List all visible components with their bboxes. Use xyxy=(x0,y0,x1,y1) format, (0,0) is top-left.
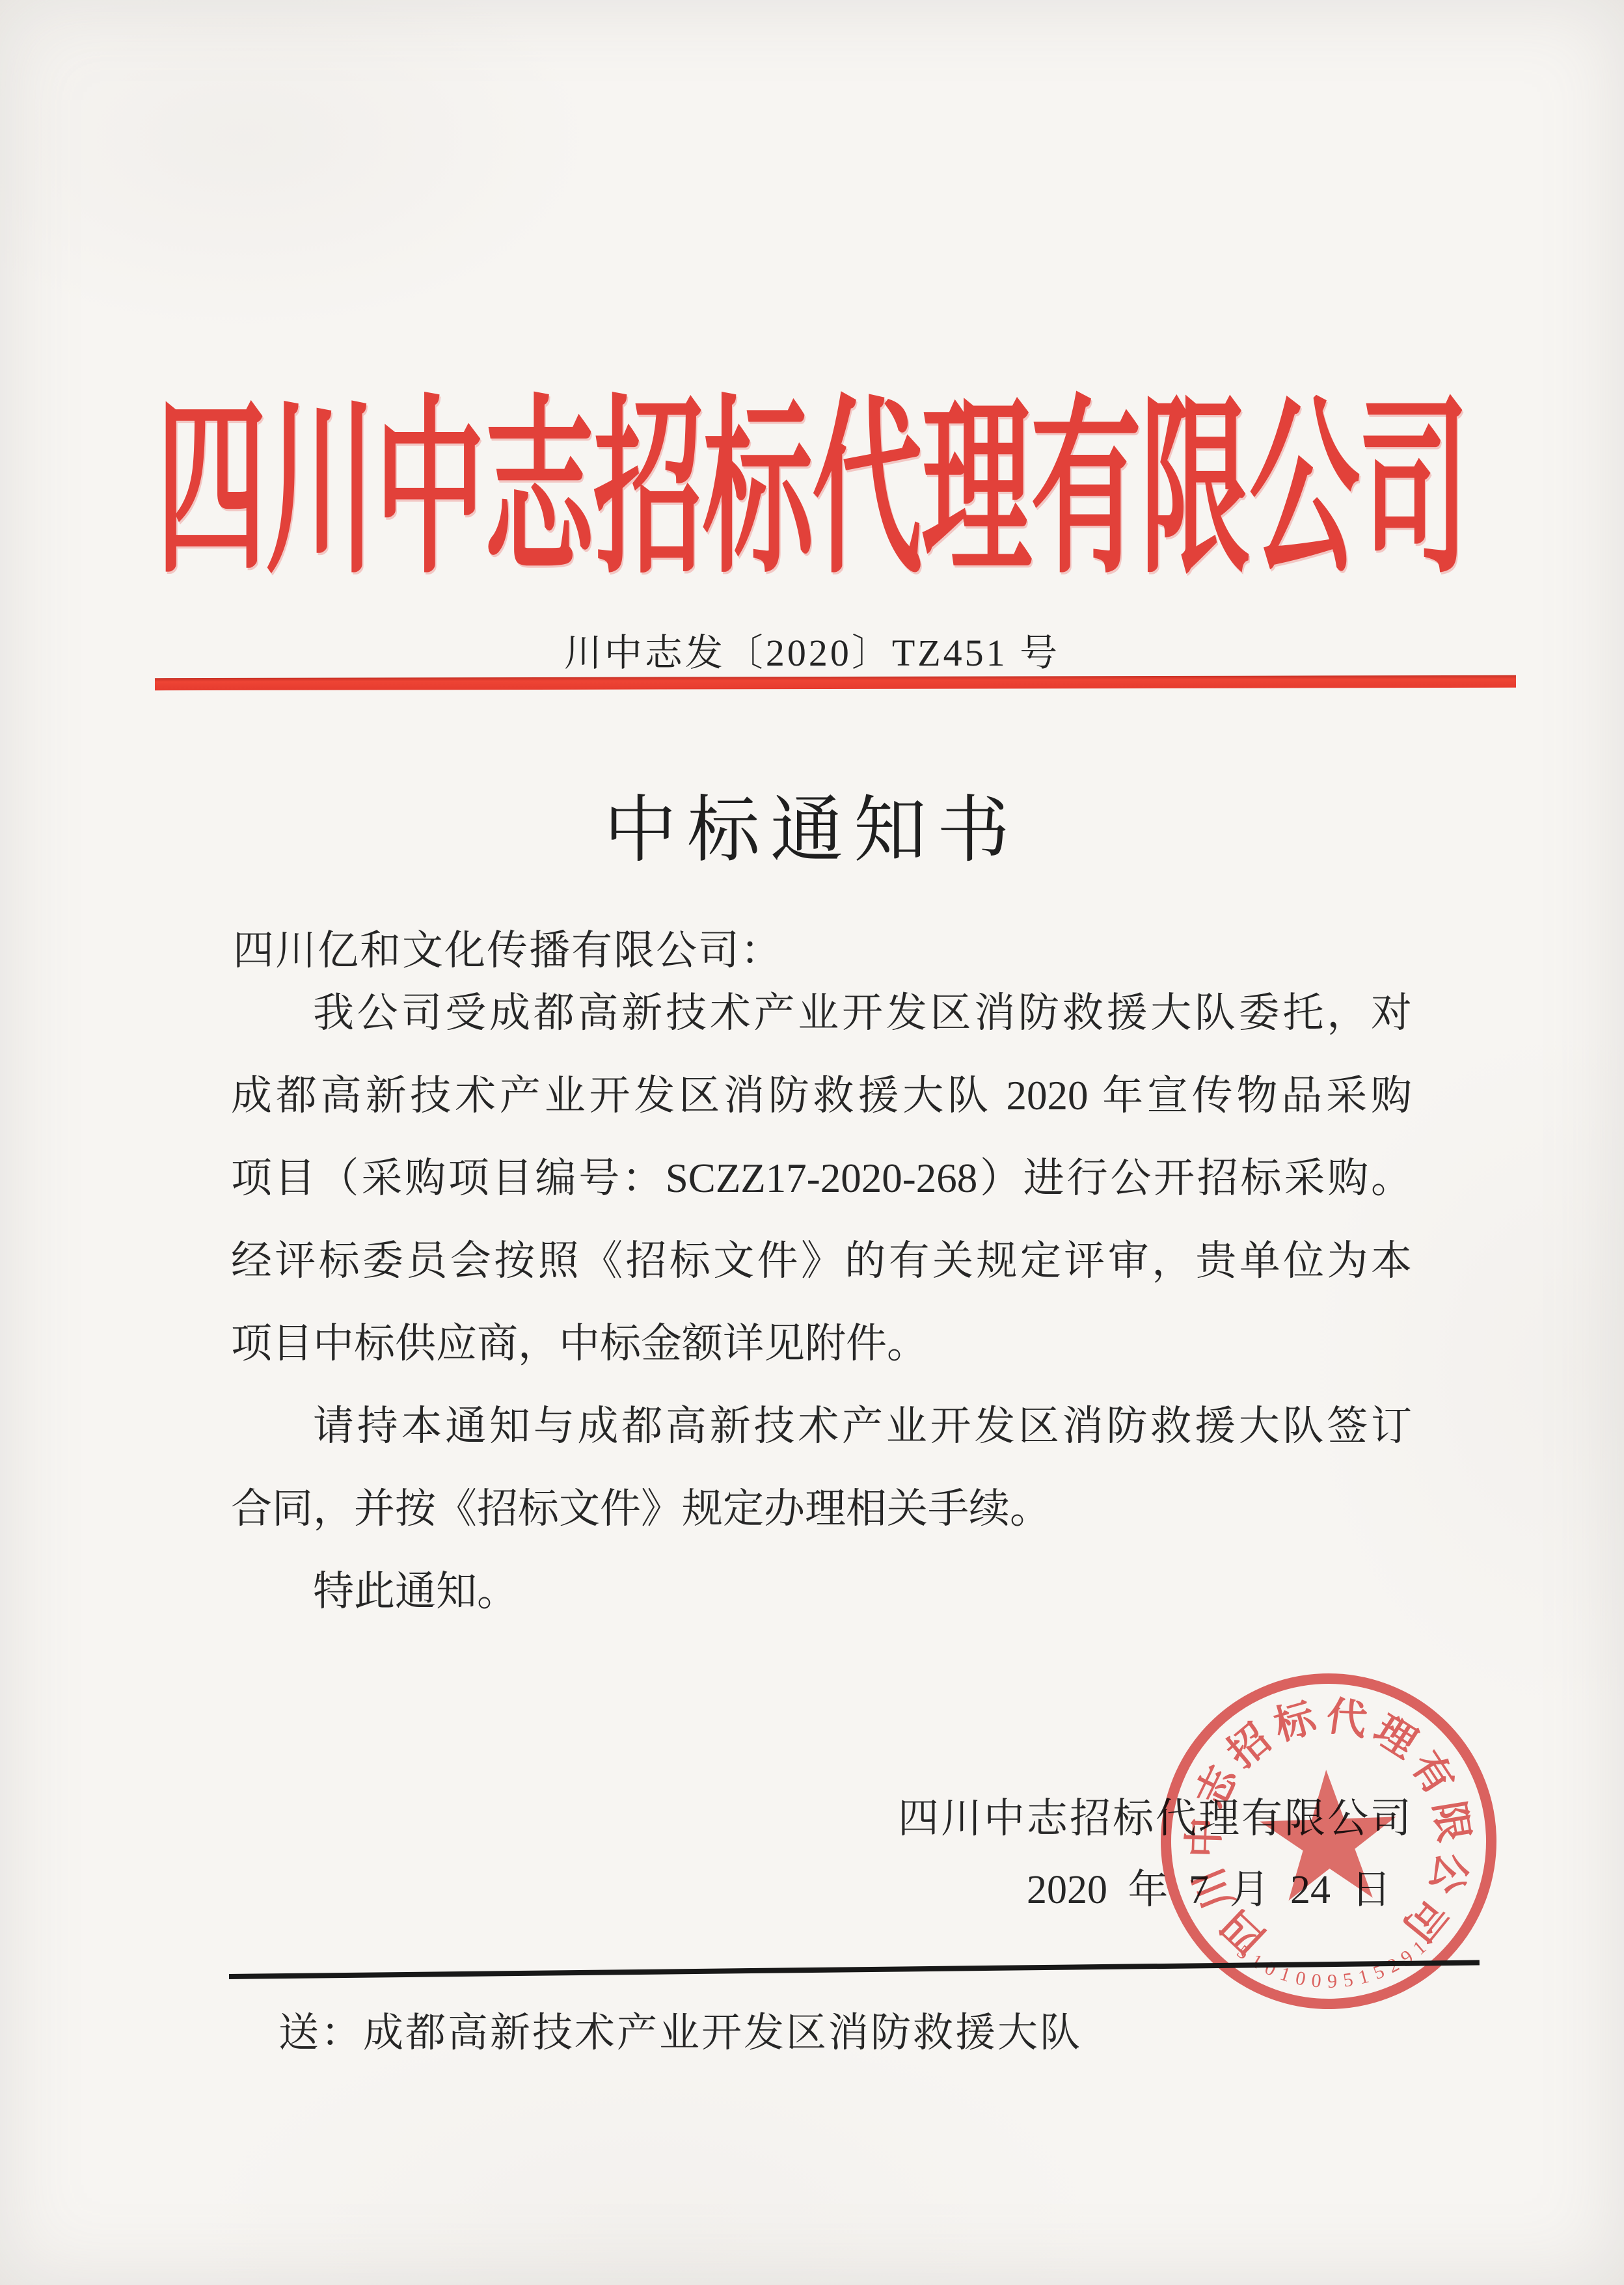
seal-star-icon xyxy=(1258,1767,1399,1901)
letterhead-company-name: 四川中志招标代理有限公司 xyxy=(0,335,1624,609)
document-title: 中标通知书 xyxy=(0,772,1624,876)
recipient-salutation: 四川亿和文化传播有限公司： xyxy=(233,917,783,977)
body-line: 成都高新技术产业开发区消防救援大队 2020 年宣传物品采购 xyxy=(231,1073,1412,1118)
cc-recipient-line: 送：成都高新技术产业开发区消防救援大队 xyxy=(278,2000,1082,2058)
red-divider-line xyxy=(155,675,1516,690)
body-line: 经评标委员会按照《招标文件》的有关规定评审，贵单位为本 xyxy=(231,1238,1412,1284)
body-line: 项目（采购项目编号：SCZZ17-2020-268）进行公开招标采购。 xyxy=(231,1156,1412,1201)
body-line: 合同，并按《招标文件》规定办理相关手续。 xyxy=(231,1486,1412,1532)
body-line: 我公司受成都高新技术产业开发区消防救援大队委托，对 xyxy=(231,990,1412,1036)
body-line: 项目中标供应商，中标金额详见附件。 xyxy=(231,1321,1412,1366)
body-line: 特此通知。 xyxy=(231,1569,1412,1614)
scanned-notice-page: 四川中志招标代理有限公司 川中志发〔2020〕TZ451 号 中标通知书 四川亿… xyxy=(0,0,1624,2285)
official-seal: 四川中志招标代理有限公司 5101009515291 xyxy=(1140,1653,1517,2029)
doc-reference-number: 川中志发〔2020〕TZ451 号 xyxy=(0,622,1624,677)
body-line: 请持本通知与成都高新技术产业开发区消防救援大队签订 xyxy=(231,1403,1412,1449)
